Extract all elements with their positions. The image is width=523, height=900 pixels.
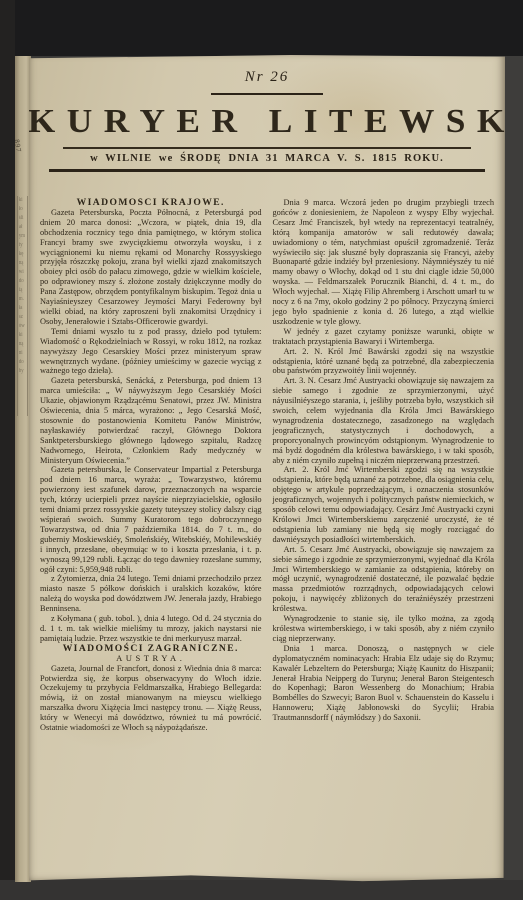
article-paragraph: Art. 5. Cesarz Jmć Austryacki, obowiązuj… xyxy=(273,545,495,614)
article-paragraph: Dnia 1 marca. Donoszą, o następnych w ci… xyxy=(273,644,495,723)
article-paragraph: Gazeta petersburská, Senácká, z Petersbu… xyxy=(40,376,262,465)
article-paragraph: Art. 3. N. Cesarz Jmć Austryacki obowiąz… xyxy=(273,376,495,465)
article-paragraph: W jednéy z gazet czytamy poniższe warunk… xyxy=(273,327,495,347)
masthead-rule-thin xyxy=(63,147,471,149)
scan-background-left xyxy=(0,0,15,900)
article-paragraph: Dnia 9 marca. Wczorá jeden po drugim prz… xyxy=(273,198,495,327)
article-paragraph: z Żytomierza, dnia 24 lutego. Temi dniam… xyxy=(40,574,262,614)
newspaper-page: Nr 26 KURYER LITEWSKI w WILNIE we ŚRODĘ … xyxy=(29,55,505,882)
screenshot-root: { "masthead": { "issue_number": "Nr 26",… xyxy=(0,0,523,900)
masthead: Nr 26 KURYER LITEWSKI w WILNIE we ŚRODĘ … xyxy=(29,69,505,172)
issue-number: Nr 26 xyxy=(29,69,505,86)
left-column: WIADOMOŚCI KRAJOWE. Gazeta Petersburska,… xyxy=(40,198,262,870)
article-paragraph: Temi dniami wyszło tu z pod prassy, dzie… xyxy=(40,327,262,377)
article-paragraph: Gazeta petersburska, le Conservateur Imp… xyxy=(40,465,262,574)
subsection-heading-austria: AUSTRYA. xyxy=(40,654,262,664)
masthead-title: KURYER LITEWSKI xyxy=(19,103,514,141)
article-paragraph: z Kołymana ( gub. tobol. ), dnia 4 luteg… xyxy=(40,614,262,644)
section-heading-domestic: WIADOMOŚCI KRAJOWE. xyxy=(40,198,262,208)
dateline: w WILNIE we ŚRODĘ DNIA 31 MARCA V. S. 18… xyxy=(29,153,505,164)
masthead-rule-thick xyxy=(49,169,485,172)
spine-text-fragments: kiłośliałymtykęnąwidoiąm.łaszówkinąnidob… xyxy=(17,196,28,416)
masthead-rule-short xyxy=(211,93,323,95)
article-paragraph: Wynagrodzenie to stanie się, ile tylko m… xyxy=(273,614,495,644)
spine-page-number: 897 xyxy=(15,139,23,154)
scan-background-bottom xyxy=(0,880,523,900)
article-paragraph: Gazeta Petersburska, Poczta Północná, z … xyxy=(40,208,262,327)
adjacent-page-edge: 897 kiłośliałymtykęnąwidoiąm.łaszówkinąn… xyxy=(15,56,31,882)
article-columns: WIADOMOŚCI KRAJOWE. Gazeta Petersburska,… xyxy=(40,198,494,870)
article-paragraph: Gazeta, Journal de Francfort, donosi z W… xyxy=(40,664,262,733)
right-column: Dnia 9 marca. Wczorá jeden po drugim prz… xyxy=(273,198,495,870)
article-paragraph: Art. 2. N. Król Jmć Bawárski zgodzi się … xyxy=(273,347,495,377)
scan-background-top xyxy=(0,0,523,56)
article-paragraph: Art. 2. Król Jmć Wirtemberski zgodzi się… xyxy=(273,465,495,544)
scan-background-right xyxy=(504,56,523,900)
